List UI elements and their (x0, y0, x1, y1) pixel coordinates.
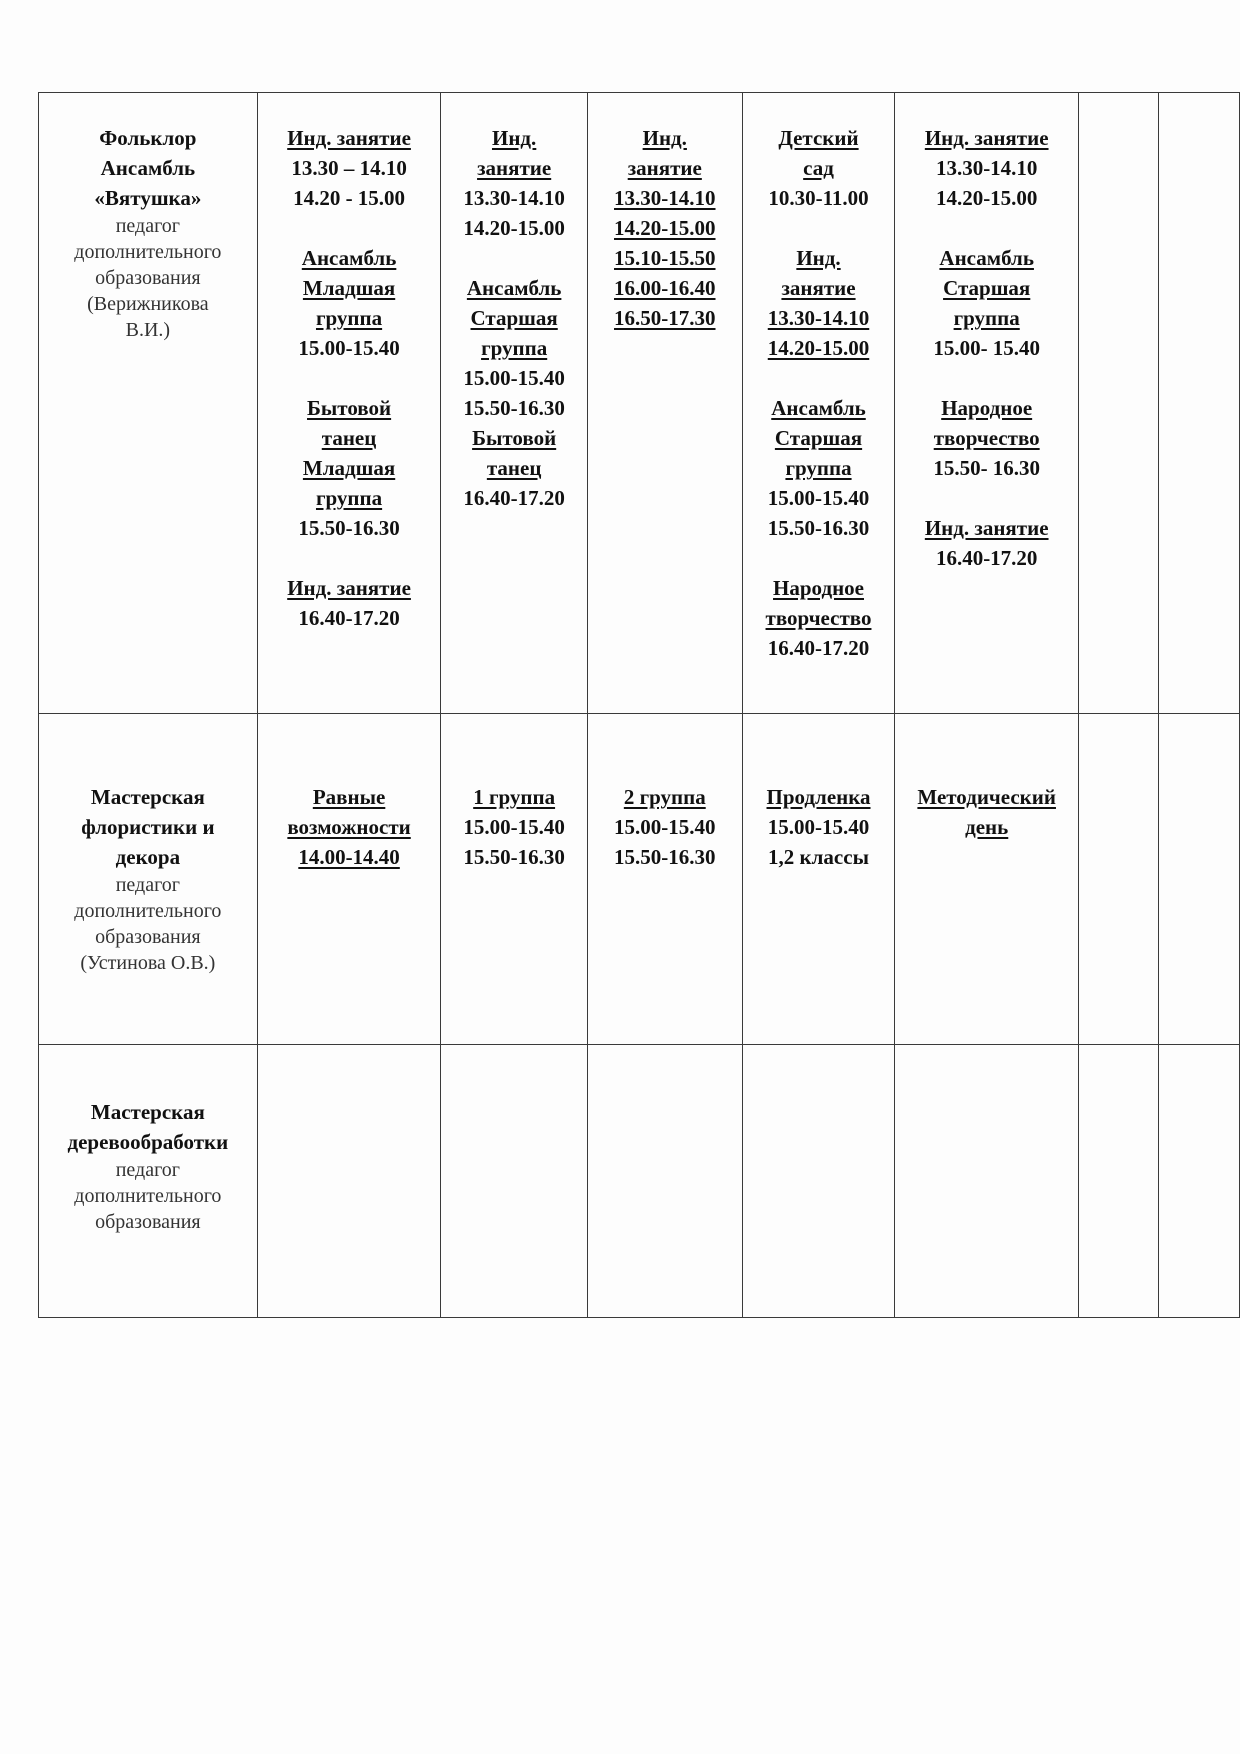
schedule-cell (1159, 714, 1240, 1045)
spacer (262, 213, 437, 243)
scanned-page: ФольклорАнсамбль«Вятушка»педагогдополнит… (0, 0, 1240, 1754)
schedule-cell (587, 1045, 742, 1318)
cell-line: 13.30-14.10 (445, 183, 583, 213)
cell-line: день (899, 812, 1074, 842)
schedule-cell: Инд. занятие13.30 – 14.1014.20 - 15.00Ан… (257, 93, 441, 714)
cell-line: танец (262, 423, 437, 453)
schedule-cell (1079, 1045, 1159, 1318)
schedule-cell: 1 группа15.00-15.4015.50-16.30 (441, 714, 588, 1045)
table-row: ФольклорАнсамбль«Вятушка»педагогдополнит… (39, 93, 1240, 714)
spacer (747, 213, 891, 243)
cell-line: педагог (43, 213, 253, 239)
cell-line: Старшая (899, 273, 1074, 303)
cell-line: Мастерская (43, 782, 253, 812)
cell-line: «Вятушка» (43, 183, 253, 213)
cell-line: 15.00-15.40 (445, 812, 583, 842)
cell-line: Младшая (262, 453, 437, 483)
cell-line: (Верижникова (43, 291, 253, 317)
cell-line: 16.40-17.20 (445, 483, 583, 513)
cell-line: 15.00-15.40 (747, 483, 891, 513)
cell-line: Ансамбль (445, 273, 583, 303)
cell-line: танец (445, 453, 583, 483)
cell-line: занятие (592, 153, 738, 183)
cell-line: Инд. занятие (262, 123, 437, 153)
cell-line: дополнительного (43, 898, 253, 924)
cell-line: 16.50-17.30 (592, 303, 738, 333)
schedule-cell: 2 группа15.00-15.4015.50-16.30 (587, 714, 742, 1045)
schedule-cell (441, 1045, 588, 1318)
cell-line: Инд. занятие (899, 513, 1074, 543)
cell-line: Инд. (592, 123, 738, 153)
spacer (262, 543, 437, 573)
cell-line: 1 группа (445, 782, 583, 812)
spacer (899, 213, 1074, 243)
schedule-cell (1079, 714, 1159, 1045)
cell-line: Инд. занятие (262, 573, 437, 603)
cell-line: 14.20-15.00 (747, 333, 891, 363)
cell-line: (Устинова О.В.) (43, 950, 253, 976)
cell-line: 15.50-16.30 (592, 842, 738, 872)
cell-line: 15.00-15.40 (445, 363, 583, 393)
cell-line: 15.50- 16.30 (899, 453, 1074, 483)
cell-line: 15.00-15.40 (262, 333, 437, 363)
schedule-cell (742, 1045, 895, 1318)
cell-line: 13.30 – 14.10 (262, 153, 437, 183)
spacer (899, 483, 1074, 513)
cell-line: Инд. (747, 243, 891, 273)
cell-line: творчество (899, 423, 1074, 453)
schedule-cell (257, 1045, 441, 1318)
cell-line: Равные (262, 782, 437, 812)
cell-line: педагог (43, 872, 253, 898)
cell-line: 15.00-15.40 (747, 812, 891, 842)
cell-line: группа (445, 333, 583, 363)
schedule-cell: Инд. занятие13.30-14.1014.20-15.00Ансамб… (895, 93, 1079, 714)
schedule-cell (895, 1045, 1079, 1318)
cell-line: 16.00-16.40 (592, 273, 738, 303)
cell-line: 14.00-14.40 (262, 842, 437, 872)
cell-line: Народное (747, 573, 891, 603)
cell-line: декора (43, 842, 253, 872)
activity-label-cell: ФольклорАнсамбль«Вятушка»педагогдополнит… (39, 93, 258, 714)
schedule-cell: Равныевозможности14.00-14.40 (257, 714, 441, 1045)
activity-label-cell: Мастерскаядеревообработкипедагогдополнит… (39, 1045, 258, 1318)
schedule-cell: Продленка15.00-15.401,2 классы (742, 714, 895, 1045)
cell-line: группа (747, 453, 891, 483)
schedule-cell: Инд.занятие13.30-14.1014.20-15.00Ансамбл… (441, 93, 588, 714)
table-row: Мастерскаяфлористики идекорапедагогдопол… (39, 714, 1240, 1045)
activity-label-cell: Мастерскаяфлористики идекорапедагогдопол… (39, 714, 258, 1045)
cell-line: возможности (262, 812, 437, 842)
cell-line: 15.10-15.50 (592, 243, 738, 273)
cell-line: Продленка (747, 782, 891, 812)
table-row: Мастерскаядеревообработкипедагогдополнит… (39, 1045, 1240, 1318)
cell-line: Младшая (262, 273, 437, 303)
cell-line: сад (747, 153, 891, 183)
cell-line: 14.20-15.00 (445, 213, 583, 243)
cell-line: 13.30-14.10 (899, 153, 1074, 183)
cell-line: группа (899, 303, 1074, 333)
cell-line: Фольклор (43, 123, 253, 153)
cell-line: Старшая (747, 423, 891, 453)
cell-line: занятие (445, 153, 583, 183)
cell-line: занятие (747, 273, 891, 303)
cell-line: 16.40-17.20 (899, 543, 1074, 573)
cell-line: Ансамбль (262, 243, 437, 273)
schedule-cell: Методическийдень (895, 714, 1079, 1045)
cell-line: Мастерская (43, 1097, 253, 1127)
cell-line: 15.50-16.30 (445, 393, 583, 423)
cell-line: 13.30-14.10 (747, 303, 891, 333)
cell-line: 15.50-16.30 (262, 513, 437, 543)
schedule-cell (1159, 93, 1240, 714)
cell-line: 15.00-15.40 (592, 812, 738, 842)
cell-line: дополнительного (43, 1183, 253, 1209)
schedule-cell (1159, 1045, 1240, 1318)
cell-line: 16.40-17.20 (747, 633, 891, 663)
cell-line: Старшая (445, 303, 583, 333)
cell-line: Бытовой (445, 423, 583, 453)
schedule-cell: Инд.занятие13.30-14.1014.20-15.0015.10-1… (587, 93, 742, 714)
cell-line: 15.00- 15.40 (899, 333, 1074, 363)
cell-line: творчество (747, 603, 891, 633)
cell-line: Народное (899, 393, 1074, 423)
cell-line: В.И.) (43, 317, 253, 343)
cell-line: Методический (899, 782, 1074, 812)
cell-line: образования (43, 1209, 253, 1235)
cell-line: Ансамбль (747, 393, 891, 423)
cell-line: флористики и (43, 812, 253, 842)
cell-line: Ансамбль (43, 153, 253, 183)
cell-line: 15.50-16.30 (747, 513, 891, 543)
spacer (899, 363, 1074, 393)
cell-line: Ансамбль (899, 243, 1074, 273)
cell-line: 2 группа (592, 782, 738, 812)
cell-line: Инд. (445, 123, 583, 153)
cell-line: образования (43, 924, 253, 950)
spacer (445, 243, 583, 273)
cell-line: Инд. занятие (899, 123, 1074, 153)
cell-line: 14.20 - 15.00 (262, 183, 437, 213)
cell-line: образования (43, 265, 253, 291)
spacer (747, 543, 891, 573)
spacer (262, 363, 437, 393)
cell-line: 14.20-15.00 (592, 213, 738, 243)
cell-line: группа (262, 483, 437, 513)
cell-line: дополнительного (43, 239, 253, 265)
spacer (747, 363, 891, 393)
cell-line: педагог (43, 1157, 253, 1183)
cell-line: Детский (747, 123, 891, 153)
cell-line: 1,2 классы (747, 842, 891, 872)
schedule-cell: Детскийсад10.30-11.00Инд.занятие13.30-14… (742, 93, 895, 714)
schedule-cell (1079, 93, 1159, 714)
cell-line: 10.30-11.00 (747, 183, 891, 213)
cell-line: 13.30-14.10 (592, 183, 738, 213)
cell-line: группа (262, 303, 437, 333)
cell-line: 14.20-15.00 (899, 183, 1074, 213)
cell-line: деревообработки (43, 1127, 253, 1157)
cell-line: 15.50-16.30 (445, 842, 583, 872)
cell-line: 16.40-17.20 (262, 603, 437, 633)
cell-line: Бытовой (262, 393, 437, 423)
schedule-table: ФольклорАнсамбль«Вятушка»педагогдополнит… (38, 92, 1240, 1318)
